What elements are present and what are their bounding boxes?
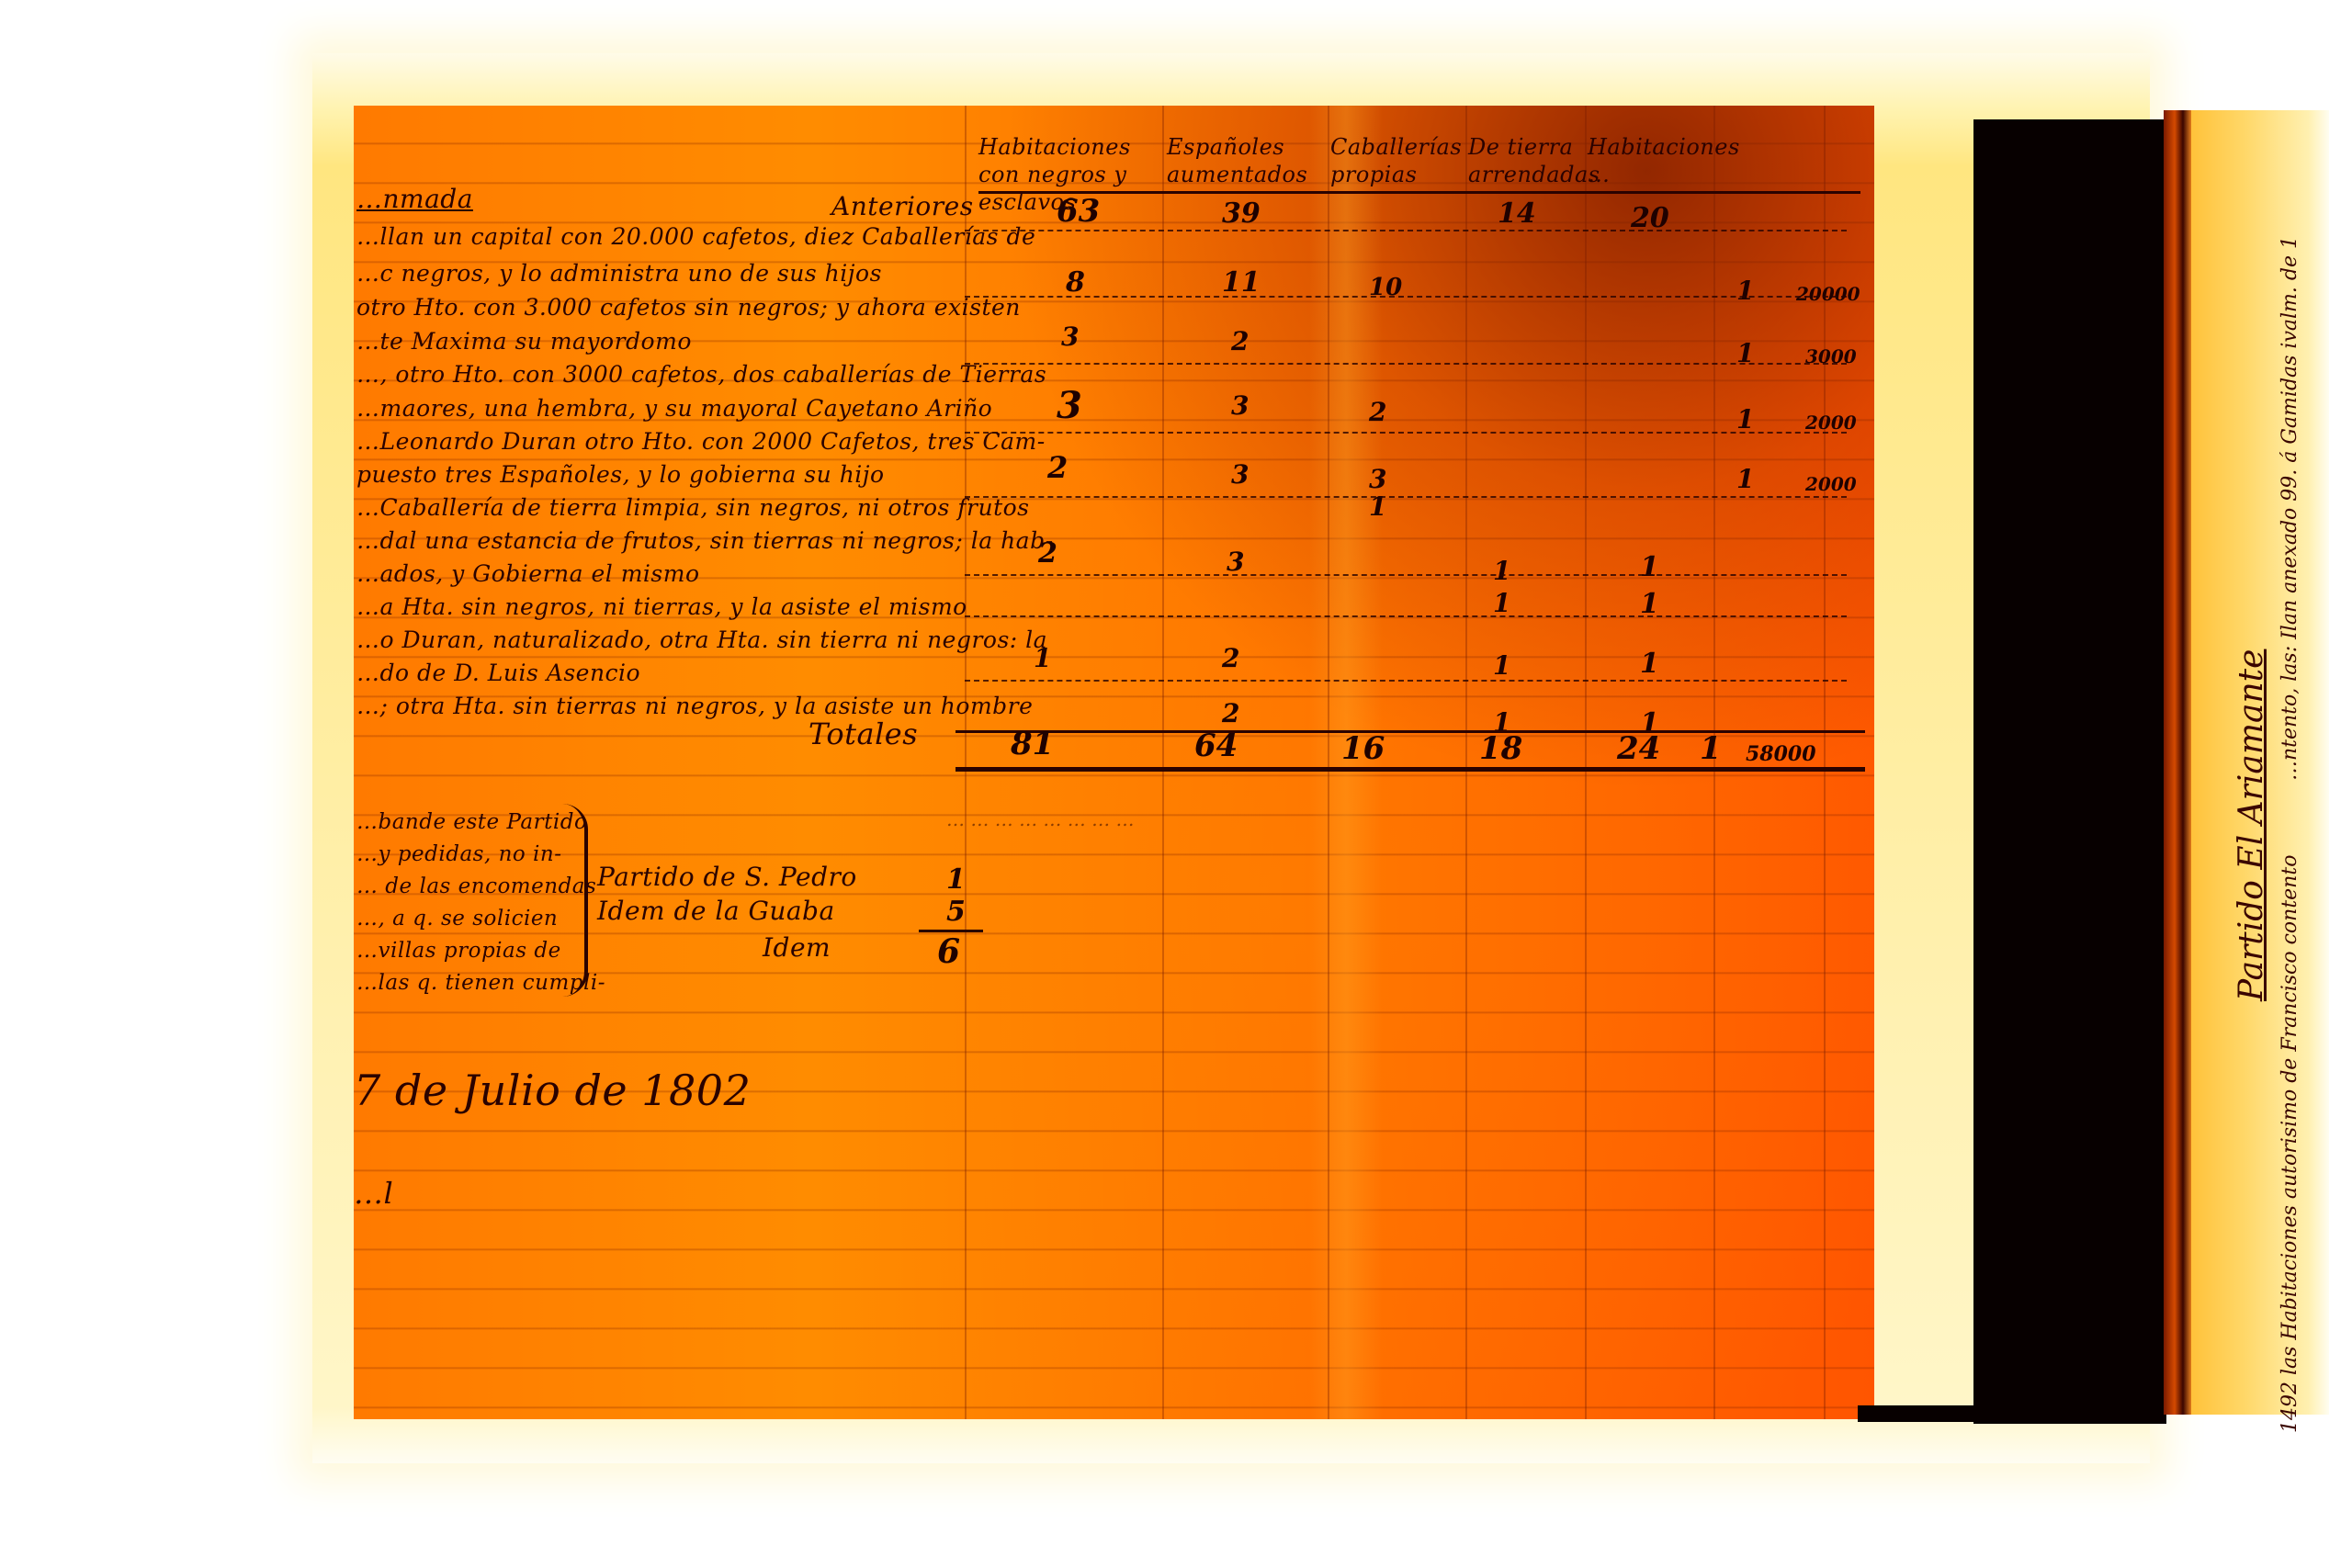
cell: 2000 bbox=[1805, 412, 1857, 434]
section-heading: …nmada bbox=[356, 184, 473, 214]
partido-value: 1 bbox=[946, 863, 966, 896]
scan-backing bbox=[1973, 119, 2166, 1424]
cell: 1 bbox=[1640, 551, 1659, 583]
cell: 2 bbox=[1038, 537, 1057, 570]
cell: 11 bbox=[1222, 266, 1261, 299]
entry-line: …do de D. Luis Asencio bbox=[356, 660, 640, 686]
entry-line: …te Maxima su mayordomo bbox=[356, 328, 692, 355]
header-underline bbox=[978, 191, 1860, 194]
brace-mark bbox=[562, 804, 588, 997]
entry-line: …ados, y Gobierna el mismo bbox=[356, 560, 700, 587]
cell: 2 bbox=[1222, 643, 1239, 673]
cell: 2 bbox=[1369, 397, 1386, 427]
entry-line: puesto tres Españoles, y lo gobierna su … bbox=[356, 461, 885, 488]
margin-text: …ntento, las: Ilan anexado 99. á Gamidas… bbox=[2278, 236, 2301, 781]
entry-line: …c negros, y lo administra uno de sus hi… bbox=[356, 260, 882, 287]
column-header-tierra: De tierra arrendadas bbox=[1468, 133, 1583, 188]
row-dash bbox=[965, 230, 1847, 231]
cell: 3 bbox=[1227, 547, 1244, 577]
cell: 3 bbox=[1057, 384, 1082, 427]
partido-value: 5 bbox=[946, 896, 966, 928]
cell: 3 bbox=[1231, 459, 1249, 490]
row-dash bbox=[965, 363, 1847, 365]
partido-value: 6 bbox=[937, 932, 960, 971]
cell: 1 bbox=[1640, 648, 1659, 680]
row-dash bbox=[965, 615, 1847, 617]
cell: 3 bbox=[1369, 464, 1386, 494]
cell: 1 bbox=[1034, 643, 1051, 673]
column-divider bbox=[1465, 106, 1467, 1419]
row-dash bbox=[965, 574, 1847, 576]
total-cell: 18 bbox=[1479, 730, 1522, 767]
note-line: …villas propias de bbox=[356, 939, 561, 963]
column-divider bbox=[1162, 106, 1164, 1419]
cell: 3 bbox=[1061, 321, 1079, 352]
entry-line: …; otra Hta. sin tierras ni negros, y la… bbox=[356, 693, 1033, 719]
note-line: …bande este Partido bbox=[356, 810, 587, 834]
entry-line: …llan un capital con 20.000 cafetos, die… bbox=[356, 223, 1035, 250]
cell: 1 bbox=[1493, 556, 1510, 586]
total-cell: 58000 bbox=[1746, 742, 1816, 766]
row-dash bbox=[965, 432, 1847, 434]
cell: 39 bbox=[1222, 197, 1261, 230]
cell: 8 bbox=[1066, 266, 1085, 299]
cell: 1 bbox=[1493, 588, 1510, 618]
cell: 1 bbox=[1736, 464, 1754, 494]
cell: 1 bbox=[1736, 276, 1754, 306]
cell: 1 bbox=[1493, 650, 1510, 681]
column-header-habitaciones-2: Habitaciones … bbox=[1588, 133, 1707, 188]
column-header-espanoles: Españoles aumentados bbox=[1167, 133, 1323, 188]
cell: 63 bbox=[1057, 193, 1100, 230]
note-line: … de las encomendas bbox=[356, 874, 596, 898]
cell: 2000 bbox=[1805, 473, 1857, 495]
cell: 14 bbox=[1498, 197, 1536, 230]
margin-title: Partido El Ariamante bbox=[2233, 649, 2270, 1001]
total-cell: 16 bbox=[1341, 730, 1385, 767]
total-cell: 64 bbox=[1194, 728, 1238, 764]
total-cell: 24 bbox=[1617, 730, 1660, 767]
torn-edge bbox=[2164, 110, 2191, 1415]
cell: 2 bbox=[1222, 698, 1239, 728]
note-line: …, a q. se solicien bbox=[356, 907, 558, 931]
column-header-caballerias: Caballerías propias bbox=[1330, 133, 1450, 188]
cell: 1 bbox=[1736, 404, 1754, 434]
total-cell: 1 bbox=[1700, 730, 1722, 767]
anteriores-label: Anteriores bbox=[831, 191, 974, 221]
entry-line: otro Hto. con 3.000 cafetos sin negros; … bbox=[356, 294, 1021, 321]
entry-line: …Leonardo Duran otro Hto. con 2000 Cafet… bbox=[356, 428, 1046, 455]
partido-label: Idem de la Guaba bbox=[597, 896, 835, 926]
row-dash bbox=[965, 680, 1847, 682]
totals-rule bbox=[955, 730, 1865, 733]
total-cell: 81 bbox=[1011, 726, 1054, 762]
column-divider bbox=[1328, 106, 1329, 1419]
scan-backing bbox=[1858, 1405, 1977, 1422]
entry-line: …, otro Hto. con 3000 cafetos, dos cabal… bbox=[356, 361, 1046, 388]
note-line: …y pedidas, no in- bbox=[356, 842, 562, 866]
entry-line: …o Duran, naturalizado, otra Hta. sin ti… bbox=[356, 626, 1047, 653]
totals-double-rule bbox=[955, 767, 1865, 772]
row-dash bbox=[965, 296, 1847, 298]
bleed-through-text: … … … … … … … … bbox=[946, 808, 1135, 830]
entry-line: …a Hta. sin negros, ni tierras, y la asi… bbox=[356, 593, 967, 620]
row-dash bbox=[965, 496, 1847, 498]
cell: 20000 bbox=[1796, 283, 1860, 305]
date-line: 7 de Julio de 1802 bbox=[354, 1066, 751, 1115]
cell: 2 bbox=[1047, 450, 1068, 485]
cell: 2 bbox=[1231, 326, 1249, 356]
margin-text: 1492 las Habitaciones autorisimo de Fran… bbox=[2278, 855, 2301, 1433]
cell: 3 bbox=[1231, 390, 1249, 421]
entry-line: …maores, una hembra, y su mayoral Cayeta… bbox=[356, 395, 992, 422]
signature-mark: …l bbox=[354, 1176, 393, 1211]
partido-label: Idem bbox=[763, 932, 831, 963]
column-divider bbox=[1585, 106, 1587, 1419]
entry-line: …dal una estancia de frutos, sin tierras… bbox=[356, 527, 1054, 554]
entry-line: …Caballería de tierra limpia, sin negros… bbox=[356, 494, 1030, 521]
totales-label: Totales bbox=[808, 716, 918, 751]
partido-label: Partido de S. Pedro bbox=[597, 862, 857, 892]
